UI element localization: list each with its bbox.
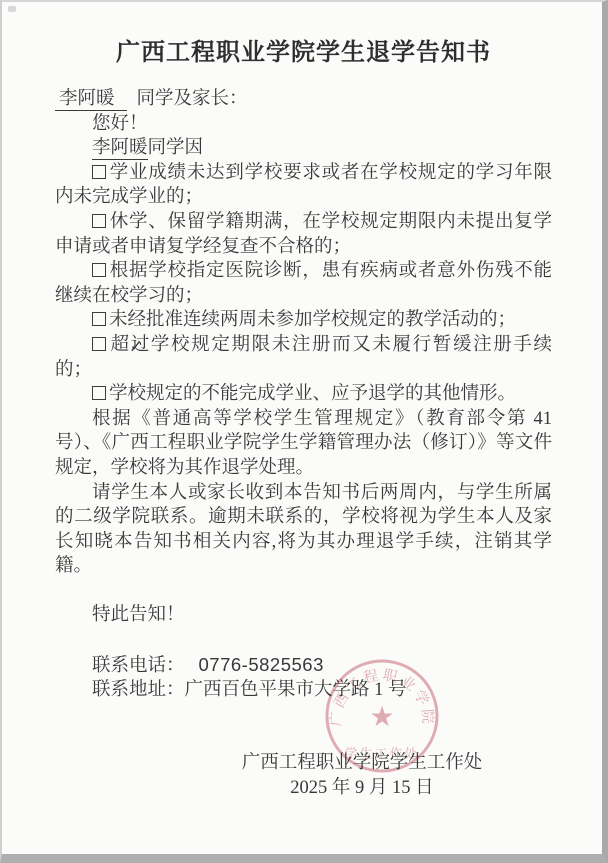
address-value: 广西百色平果市大学路 1 号: [185, 680, 407, 700]
reason-text: 未经批准连续两周未参加学校规定的教学活动的；: [109, 310, 516, 330]
scan-smudge: [8, 6, 16, 12]
reason-lead-suffix: 同学因: [148, 138, 204, 158]
closing-line: 特此告知！: [55, 603, 552, 628]
reason-text: 休学、保留学籍期满，在学校规定期限内未提出复学申请或者申请复学经复查不合格的；: [55, 212, 552, 257]
reason-item: 根据学校指定医院诊断，患有疾病或者意外伤残不能继续在校学习的；: [55, 259, 552, 308]
recipient-name: 李阿暖: [55, 89, 127, 111]
reason-lead-line: 李阿暖同学因: [55, 136, 552, 161]
scanned-document-page: 广西工程职业学院 ★ 学生工作处 广西工程职业学院学生退学告知书 李阿暖同学及家…: [0, 0, 608, 863]
contact-address-line: 联系地址：广西百色平果市大学路 1 号: [55, 678, 552, 703]
body-paragraph: 根据《普通高等学校学生管理规定》（教育部令第 41 号）、《广西工程职业学院学生…: [55, 407, 552, 481]
reason-item: 休学、保留学籍期满，在学校规定期限内未提出复学申请或者申请复学经复查不合格的；: [55, 210, 552, 259]
address-label: 联系地址：: [92, 680, 185, 700]
reason-text: 学校规定的不能完成学业、应予退学的其他情形。: [109, 384, 516, 404]
signature-block: 广西工程职业学院学生工作处 2025 年 9 月 15 日: [217, 751, 507, 802]
checkbox-icon[interactable]: [92, 165, 106, 179]
checkbox-icon[interactable]: [92, 386, 106, 400]
reason-text: 根据学校指定医院诊断，患有疾病或者意外伤残不能继续在校学习的；: [55, 261, 552, 306]
checkbox-icon[interactable]: [92, 263, 106, 277]
phone-label: 联系电话：: [92, 656, 185, 676]
reason-item: 学业成绩未达到学校要求或者在学校规定的学习年限内未完成学业的；: [55, 161, 552, 210]
signature-org: 广西工程职业学院学生工作处: [217, 751, 507, 777]
salutation-line: 李阿暖同学及家长：: [55, 87, 552, 112]
body-paragraph: 请学生本人或家长收到本告知书后两周内，与学生所属的二级学院联系。逾期未联系的，学…: [55, 481, 552, 579]
reason-text: 学业成绩未达到学校要求或者在学校规定的学习年限内未完成学业的；: [55, 163, 552, 208]
document-title: 广西工程职业学院学生退学告知书: [55, 32, 552, 67]
document-content: 广西工程职业学院学生退学告知书 李阿暖同学及家长： 您好！ 李阿暖同学因 学业成…: [2, 32, 602, 802]
greeting-line: 您好！: [55, 112, 552, 137]
reason-item: 学校规定的不能完成学业、应予退学的其他情形。: [55, 382, 552, 407]
salutation-suffix: 同学及家长：: [137, 89, 248, 109]
checkbox-icon[interactable]: [92, 214, 106, 228]
checked-checkbox-icon[interactable]: [92, 337, 106, 351]
checkbox-icon[interactable]: [92, 312, 106, 326]
reason-item: 未经批准连续两周未参加学校规定的教学活动的；: [55, 308, 552, 333]
reason-item: 超过学校规定期限未注册而又未履行暂缓注册手续的；: [55, 333, 552, 382]
signature-date: 2025 年 9 月 15 日: [217, 776, 507, 802]
contact-phone-line: 联系电话：0776-5825563: [55, 653, 552, 679]
phone-value: 0776-5825563: [199, 654, 324, 675]
recipient-name-inline: 李阿暖: [92, 138, 148, 160]
